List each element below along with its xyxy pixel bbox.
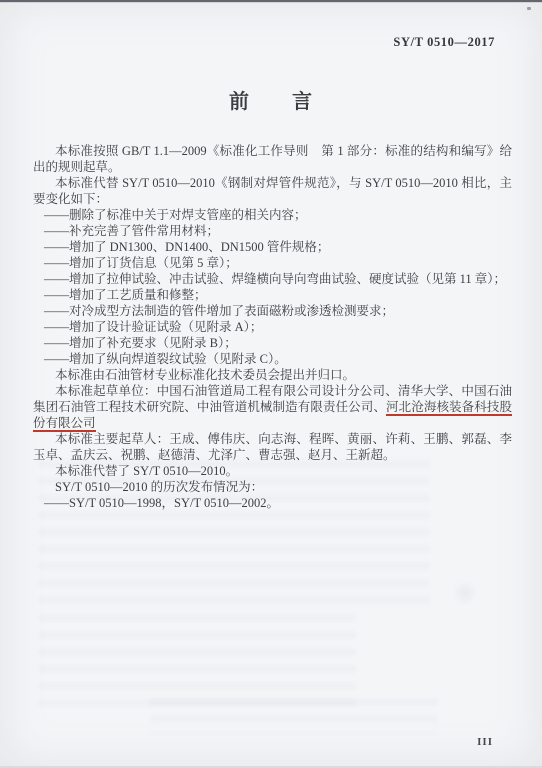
foreword-paragraph: 本标准代替 SY/T 0510—2010《钢制对焊管件规范》，与 SY/T 05… xyxy=(33,175,512,207)
bleedthrough-ghost xyxy=(452,580,478,606)
standard-number: SY/T 0510—2017 xyxy=(393,35,495,50)
foreword-paragraph: SY/T 0510—2010 的历次发布情况为： xyxy=(33,479,512,495)
foreword-paragraph: 本标准由石油管材专业标准化技术委员会提出并归口。 xyxy=(33,367,512,383)
change-list-item: ——补充完善了管件常用材料； xyxy=(33,223,512,239)
change-list-item: ——SY/T 0510—1998，SY/T 0510—2002。 xyxy=(33,495,512,511)
change-list-item: ——增加了设计验证试验（见附录 A）； xyxy=(33,319,512,335)
document-page: SY/T 0510—2017 前 言 本标准按照 GB/T 1.1—2009《标… xyxy=(0,0,542,768)
change-list-item: ——增加了 DN1300、DN1400、DN1500 管件规格； xyxy=(33,239,512,255)
bleedthrough-ghost xyxy=(150,698,438,734)
bleedthrough-ghost xyxy=(38,614,356,716)
change-list-item: ——增加了订货信息（见第 5 章）； xyxy=(33,255,512,271)
change-list-item: ——对冷成型方法制造的管件增加了表面磁粉或渗透检测要求； xyxy=(33,303,512,319)
scan-speck xyxy=(527,7,531,10)
page-number: III xyxy=(477,736,493,748)
change-list-item: ——增加了拉伸试验、冲击试验、焊缝横向导向弯曲试验、硬度试验（见第 11 章）； xyxy=(33,271,512,287)
scan-edge-top-soft xyxy=(0,2,542,3)
change-list-item: ——删除了标准中关于对焊支管座的相关内容； xyxy=(33,207,512,223)
change-list-item: ——增加了工艺质量和修整； xyxy=(33,287,512,303)
foreword-paragraph: 本标准按照 GB/T 1.1—2009《标准化工作导则 第 1 部分：标准的结构… xyxy=(33,143,512,175)
foreword-paragraph: 本标准代替了 SY/T 0510—2010。 xyxy=(33,463,512,479)
document-body: 本标准按照 GB/T 1.1—2009《标准化工作导则 第 1 部分：标准的结构… xyxy=(33,143,512,511)
change-list-item: ——增加了纵向焊道裂纹试验（见附录 C）。 xyxy=(33,351,512,367)
change-list-item: ——增加了补充要求（见附录 B）； xyxy=(33,335,512,351)
page-title: 前 言 xyxy=(0,85,542,114)
foreword-paragraph: 本标准起草单位：中国石油管道局工程有限公司设计分公司、清华大学、中国石油集团石油… xyxy=(33,383,512,431)
foreword-paragraph: 本标准主要起草人：王成、傅伟庆、向志海、程晖、黄丽、许莉、王鹏、郭磊、李玉卓、孟… xyxy=(33,431,512,463)
